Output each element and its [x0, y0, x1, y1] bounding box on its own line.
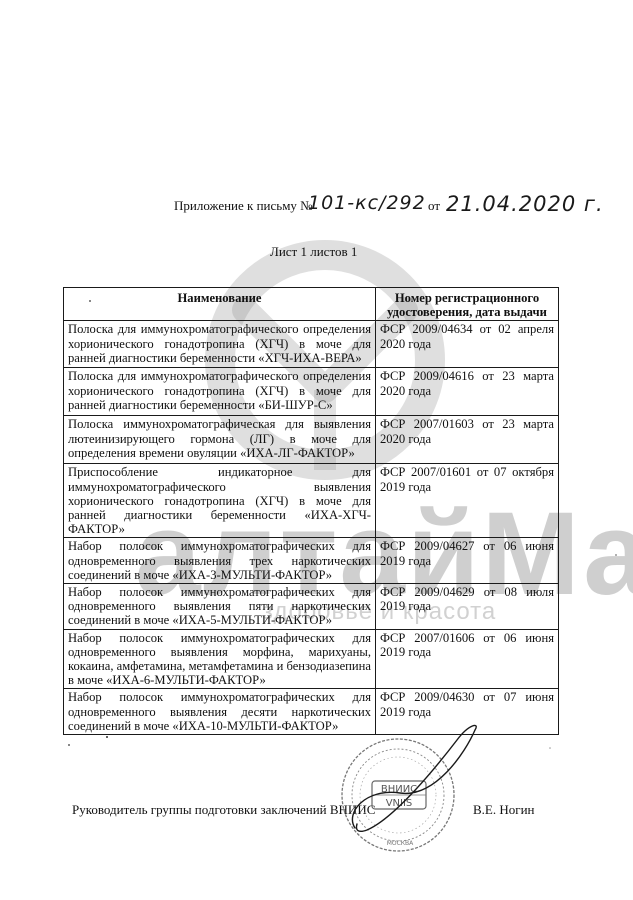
- certificate-info: ФСР 2009/04629 от 08 июля 2019 года: [376, 584, 559, 630]
- product-name: Набор полосок иммунохроматографических д…: [64, 689, 376, 735]
- table-header-row: Наименование Номер регистрационного удос…: [64, 288, 559, 321]
- table-row: Приспособление индикаторное для иммунохр…: [64, 464, 559, 538]
- product-name: Набор полосок иммунохроматографических д…: [64, 629, 376, 689]
- product-name: Набор полосок иммунохроматографических д…: [64, 584, 376, 630]
- certificate-info: ФСР 2009/04616 от 23 марта 2020 года: [376, 368, 559, 416]
- certificate-info: ФСР 2009/04634 от 02 апреля 2020 года: [376, 321, 559, 368]
- certificate-info: ФСР 2007/01601 от 07 октября 2019 года: [376, 464, 559, 538]
- signer-title: Руководитель группы подготовки заключени…: [72, 802, 375, 818]
- product-name: Полоска иммунохроматографическая для выя…: [64, 416, 376, 464]
- product-name: Полоска для иммунохроматографического оп…: [64, 368, 376, 416]
- document-page: алтайМаг здоровье и красота Приложение к…: [0, 0, 633, 900]
- certificate-info: ФСР 2007/01603 от 23 марта 2020 года: [376, 416, 559, 464]
- appendix-label: Приложение к письму №: [174, 198, 313, 214]
- registration-table: Наименование Номер регистрационного удос…: [63, 287, 559, 735]
- column-header-name: Наименование: [64, 288, 376, 321]
- table-row: Набор полосок иммунохроматографических д…: [64, 629, 559, 689]
- stamp-city: МОСКВА: [387, 840, 414, 847]
- column-header-certificate: Номер регистрационного удостоверения, да…: [376, 288, 559, 321]
- product-name: Приспособление индикаторное для иммунохр…: [64, 464, 376, 538]
- table-row: Набор полосок иммунохроматографических д…: [64, 538, 559, 584]
- product-name: Полоска для иммунохроматографического оп…: [64, 321, 376, 368]
- table-row: Полоска для иммунохроматографического оп…: [64, 368, 559, 416]
- sheet-count: Лист 1 листов 1: [270, 244, 357, 260]
- handwritten-signature-icon: [345, 718, 485, 838]
- letter-number-handwritten: 101-кс/292: [308, 192, 426, 214]
- signer-name: В.Е. Ногин: [473, 802, 535, 818]
- table-row: Набор полосок иммунохроматографических д…: [64, 584, 559, 630]
- certificate-info: ФСР 2009/04627 от 06 июня 2019 года: [376, 538, 559, 584]
- certificate-info: ФСР 2007/01606 от 06 июня 2019 года: [376, 629, 559, 689]
- date-prefix: от: [428, 198, 440, 214]
- table-row: Полоска для иммунохроматографического оп…: [64, 321, 559, 368]
- table-row: Полоска иммунохроматографическая для выя…: [64, 416, 559, 464]
- product-name: Набор полосок иммунохроматографических д…: [64, 538, 376, 584]
- letter-date-handwritten: 21.04.2020 г.: [446, 192, 604, 216]
